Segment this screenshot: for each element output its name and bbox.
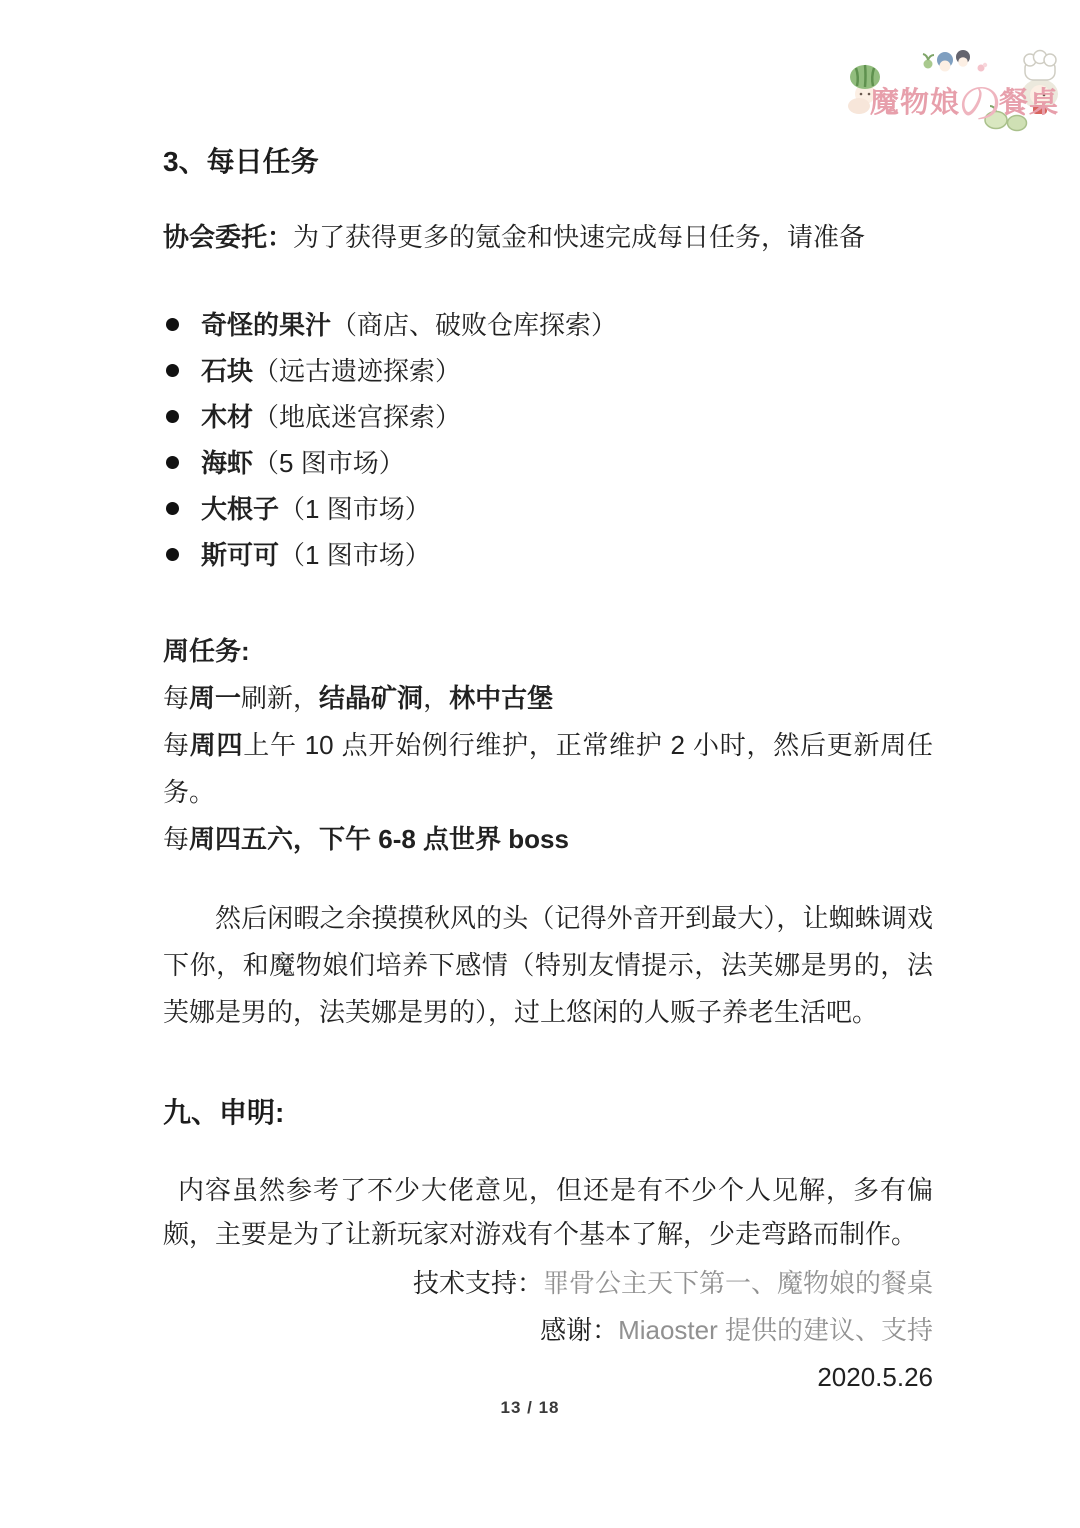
section-heading-daily-tasks: 3、每日任务 [163,145,933,179]
thanks-label: 感谢： [540,1315,618,1345]
list-item-wood: 木材（地底迷宫探索） [163,394,933,440]
bullet-icon [166,410,179,423]
item-name: 木材 [201,402,253,432]
weekly-line-thursday-maintenance: 每周四上午 10 点开始例行维护，正常维护 2 小时，然后更新周任务。 [163,722,933,816]
text-run-bold: 结晶矿洞 [319,683,423,713]
item-name: 石块 [201,356,253,386]
weekly-line-world-boss: 每周四五六，下午 6-8 点世界 boss [163,816,933,863]
text-run: ， [423,683,449,713]
guild-commission-label: 协会委托： [163,222,293,252]
text-run: 每 [163,683,189,713]
item-note: （远古遗迹探索） [253,356,461,386]
bullet-icon [166,364,179,377]
guild-commission-text: 为了获得更多的氪金和快速完成每日任务，请准备 [293,222,865,252]
document-page: 魔物娘の餐桌 3、每日任务 协会委托：为了获得更多的氪金和快速完成每日任务，请准… [0,0,1080,1528]
flower-icon [978,63,988,72]
logo-title-right: 餐桌 [999,87,1059,119]
date-line: 2020.5.26 [163,1354,933,1401]
list-item-big-root: 大根子（1 图市场） [163,486,933,532]
weekly-tasks-section: 周任务: 每周一刷新，结晶矿洞，林中古堡 每周四上午 10 点开始例行维护，正常… [163,628,933,863]
text-run-bold: 林中古堡 [449,683,553,713]
text-run: 刷新， [241,683,319,713]
list-item-strange-juice: 奇怪的果汁（商店、破败仓库探索） [163,302,933,348]
thanks-line: 感谢：Miaoster 提供的建议、支持 [163,1307,933,1354]
logo-title-left: 魔物娘 [870,87,960,119]
item-name: 大根子 [201,494,279,524]
text-run-bold: 周四 [190,730,244,760]
guild-commission-paragraph: 协会委托：为了获得更多的氪金和快速完成每日任务，请准备 [163,215,933,260]
leisure-paragraph: 然后闲暇之余摸摸秋风的头（记得外音开到最大），让蜘蛛调戏下你，和魔物娘们培养下感… [163,895,933,1036]
list-item-sikeke: 斯可可（1 图市场） [163,532,933,578]
dark-hair-chibi-icon [956,50,970,67]
thanks-value: Miaoster 提供的建议、支持 [618,1315,933,1345]
text-run: 上午 10 点开始例行维护，正常维护 2 小时，然后更新周任务。 [163,730,933,807]
sprout-icon [923,54,934,69]
text-run: 每 [163,824,189,854]
bullet-icon [166,456,179,469]
bullet-icon [166,548,179,561]
section-heading-statement: 九、申明: [163,1096,933,1130]
tech-support-label: 技术支持： [413,1268,543,1298]
list-item-shrimp: 海虾（5 图市场） [163,440,933,486]
item-note: （1 图市场） [279,494,431,524]
capped-chibi-icon [937,52,953,72]
tech-support-line: 技术支持：罪骨公主天下第一、魔物娘的餐桌 [163,1260,933,1307]
item-name: 海虾 [201,448,253,478]
text-run-bold: 周一 [189,683,241,713]
item-name: 斯可可 [201,540,279,570]
statement-paragraph: 内容虽然参考了不少大佬意见，但还是有不少个人见解，多有偏颇，主要是为了让新玩家对… [163,1168,933,1256]
item-name: 奇怪的果汁 [201,310,331,340]
text-run-bold: 周四五六，下午 6-8 点世界 boss [189,824,569,854]
bullet-icon [166,318,179,331]
list-item-stone: 石块（远古遗迹探索） [163,348,933,394]
bullet-icon [166,502,179,515]
logo-title: 魔物娘の餐桌 [870,80,1059,121]
item-note: （商店、破败仓库探索） [331,310,617,340]
tech-support-value: 罪骨公主天下第一、魔物娘的餐桌 [543,1268,933,1298]
daily-items-list: 奇怪的果汁（商店、破败仓库探索） 石块（远古遗迹探索） 木材（地底迷宫探索） 海… [163,302,933,578]
text-run: 每 [163,730,190,760]
item-note: （地底迷宫探索） [253,402,461,432]
document-content: 3、每日任务 协会委托：为了获得更多的氪金和快速完成每日任务，请准备 奇怪的果汁… [163,145,933,1401]
page-number: 13 / 18 [0,1398,1060,1418]
weekly-line-monday: 每周一刷新，结晶矿洞，林中古堡 [163,675,933,722]
site-logo: 魔物娘の餐桌 [844,48,1064,138]
credits-block: 技术支持：罪骨公主天下第一、魔物娘的餐桌 感谢：Miaoster 提供的建议、支… [163,1260,933,1401]
weekly-tasks-heading: 周任务: [163,628,933,675]
item-note: （1 图市场） [279,540,431,570]
item-note: （5 图市场） [253,448,405,478]
